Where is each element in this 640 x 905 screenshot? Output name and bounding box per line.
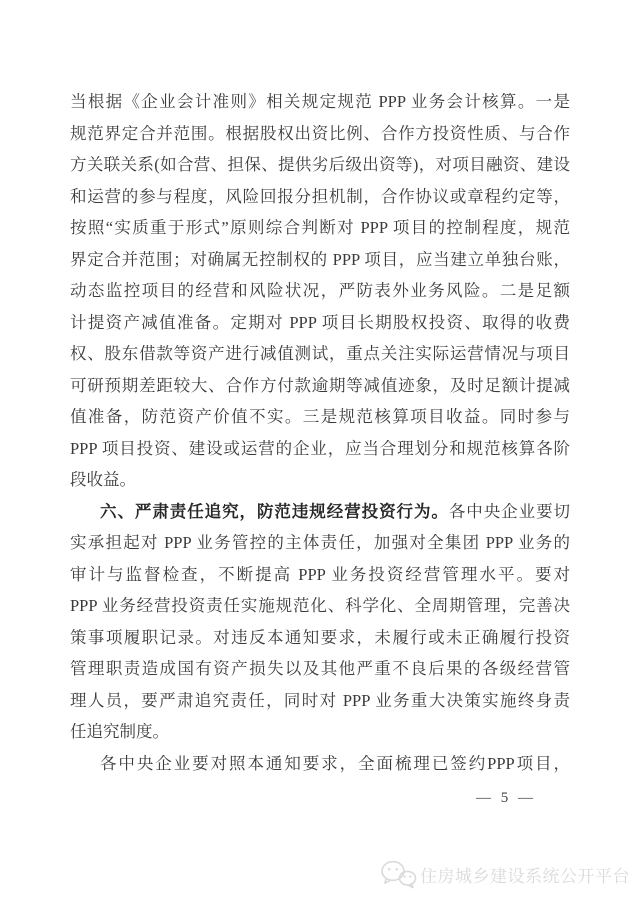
text-line: 和运营的参与程度，风险回报分担机制，合作协议或章程约定等， — [70, 181, 570, 213]
wechat-icon — [380, 859, 417, 890]
document-page: 当根据《企业会计准则》相关规定规范 PPP 业务会计核算。一是规范界定合并范围。… — [0, 0, 640, 905]
text-line: 方关联关系(如合营、担保、提供劣后级出资等)，对项目融资、建设 — [70, 149, 570, 181]
text-line: 策事项履职记录。对违反本通知要求，未履行或未正确履行投资 — [70, 622, 570, 654]
text-line: 值准备，防范资产价值不实。三是规范核算项目收益。同时参与 — [70, 401, 570, 433]
text-line: 当根据《企业会计准则》相关规定规范 PPP 业务会计核算。一是 — [70, 86, 570, 118]
text-line: 计提资产减值准备。定期对 PPP 项目长期股权投资、取得的收费 — [70, 307, 570, 339]
text-line: 任追究制度。 — [70, 716, 570, 748]
text-line: 可研预期差距较大、合作方付款逾期等减值迹象，及时足额计提减 — [70, 370, 570, 402]
text-line: 各中央企业要对照本通知要求，全面梳理已签约PPP项目， — [70, 748, 570, 780]
page-number: — 5 — — [476, 790, 536, 807]
section-heading: 六、严肃责任追究，防范违规经营投资行为。 — [100, 503, 449, 521]
text-line: 权、股东借款等资产进行减值测试，重点关注实际运营情况与项目 — [70, 338, 570, 370]
text-line: 实承担起对 PPP 业务管控的主体责任，加强对全集团 PPP 业务的 — [70, 527, 570, 559]
text-line: 理人员，要严肃追究责任，同时对 PPP 业务重大决策实施终身责 — [70, 685, 570, 717]
body-text: 当根据《企业会计准则》相关规定规范 PPP 业务会计核算。一是规范界定合并范围。… — [70, 86, 570, 779]
text-line: 段收益。 — [70, 464, 570, 496]
footer-watermark-label: 住房城乡建设系统公开平台 — [420, 862, 630, 887]
text-line: PPP 业务经营投资责任实施规范化、科学化、全周期管理，完善决 — [70, 590, 570, 622]
text-line: 规范界定合并范围。根据股权出资比例、合作方投资性质、与合作 — [70, 118, 570, 150]
text-line: 管理职责造成国有资产损失以及其他严重不良后果的各级经营管 — [70, 653, 570, 685]
text-line: 按照“实质重于形式”原则综合判断对 PPP 项目的控制程度，规范 — [70, 212, 570, 244]
text-line: 界定合并范围；对确属无控制权的 PPP 项目，应当建立单独台账， — [70, 244, 570, 276]
text-line: 动态监控项目的经营和风险状况，严防表外业务风险。二是足额 — [70, 275, 570, 307]
text-line: 审计与监督检查，不断提高 PPP 业务投资经营管理水平。要对 — [70, 559, 570, 591]
footer-watermark: 住房城乡建设系统公开平台 — [380, 859, 630, 890]
text-line: 六、严肃责任追究，防范违规经营投资行为。各中央企业要切 — [70, 496, 570, 528]
text-line: PPP 项目投资、建设或运营的企业，应当合理划分和规范核算各阶 — [70, 433, 570, 465]
